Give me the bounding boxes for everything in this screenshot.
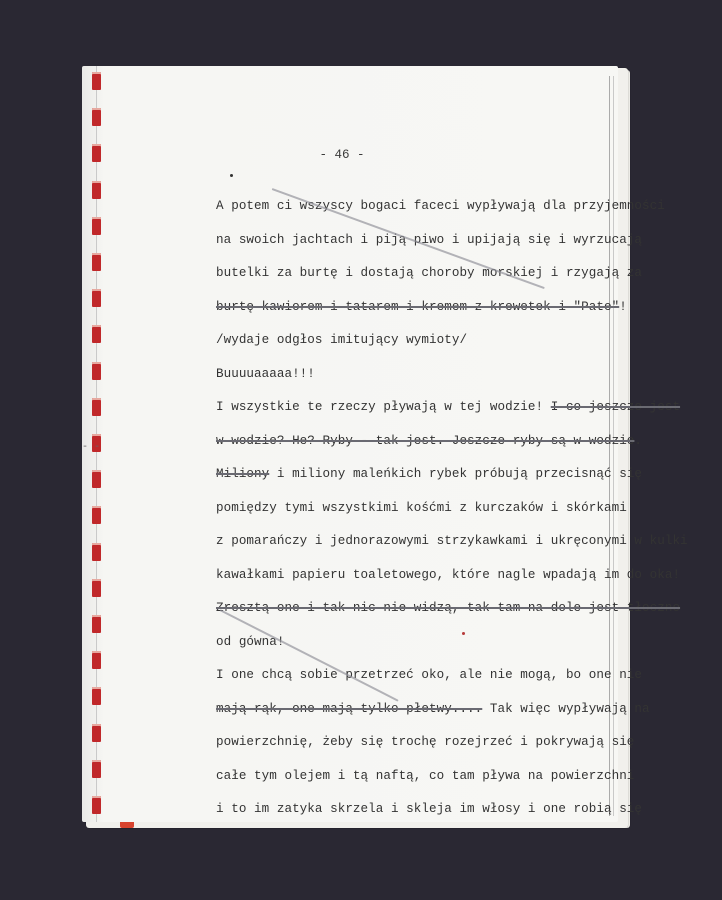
binding-coil <box>92 325 101 343</box>
text-line: i to im zatyka skrzela i skleja im włosy… <box>216 793 616 827</box>
text-segment: i miliony maleńkich rybek próbują przeci… <box>269 467 642 481</box>
text-segment: butelki za burtę i dostają choroby morsk… <box>216 266 642 280</box>
binding-coil <box>92 760 101 778</box>
binding-coil <box>92 543 101 561</box>
struck-text: burtę kawiorem i tatarem i kremem z krew… <box>216 300 619 314</box>
document-page: - 46 - A potem ci wszyscy bogaci faceci … <box>82 66 618 822</box>
struck-text: Miliony <box>216 467 269 481</box>
text-line: I one chcą sobie przetrzeć oko, ale nie … <box>216 659 616 693</box>
binding-coil <box>92 398 101 416</box>
text-line: pomiędzy tymi wszystkimi kośćmi z kurcza… <box>216 492 616 526</box>
text-segment: z pomarańczy i jednorazowymi strzykawkam… <box>216 534 688 548</box>
text-segment: kawałkami papieru toaletowego, które nag… <box>216 568 680 582</box>
text-line: A potem ci wszyscy bogaci faceci wypływa… <box>216 190 616 224</box>
text-segment: całe tym olejem i tą naftą, co tam pływa… <box>216 769 634 783</box>
text-segment: /wydaje odgłos imitujący wymioty/ <box>216 333 467 347</box>
script-text: A potem ci wszyscy bogaci faceci wypływa… <box>216 190 616 827</box>
binding-coil <box>92 181 101 199</box>
struck-text: Zresztą one i tak nic nie widzą, tak tam… <box>216 601 680 615</box>
binding-tab <box>120 822 134 828</box>
text-line: burtę kawiorem i tatarem i kremem z krew… <box>216 291 616 325</box>
text-segment: A potem ci wszyscy bogaci faceci wypływa… <box>216 199 665 213</box>
text-segment: Tak więc wypływają na <box>482 702 649 716</box>
text-line: od gówna! <box>216 626 616 660</box>
binding-coil <box>92 615 101 633</box>
binding-coil <box>92 362 101 380</box>
text-segment: i to im zatyka skrzela i skleja im włosy… <box>216 802 642 816</box>
text-line: Buuuuaaaaa!!! <box>216 358 616 392</box>
binding-coil <box>92 796 101 814</box>
text-line: I wszystkie te rzeczy pływają w tej wodz… <box>216 391 616 425</box>
page-number: - 46 - <box>74 148 610 162</box>
text-line: całe tym olejem i tą naftą, co tam pływa… <box>216 760 616 794</box>
document-stack: - 46 - A potem ci wszyscy bogaci faceci … <box>82 66 634 830</box>
text-line: mają rąk, one mają tylko płetwy.... Tak … <box>216 693 616 727</box>
text-line: z pomarańczy i jednorazowymi strzykawkam… <box>216 525 616 559</box>
struck-text: I co jeszcze jest <box>551 400 680 414</box>
text-segment: powierzchnię, żeby się trochę rozejrzeć … <box>216 735 634 749</box>
text-line: powierzchnię, żeby się trochę rozejrzeć … <box>216 726 616 760</box>
text-line: kawałkami papieru toaletowego, które nag… <box>216 559 616 593</box>
text-line: Zresztą one i tak nic nie widzą, tak tam… <box>216 592 616 626</box>
binding-coil <box>92 217 101 235</box>
text-segment: Buuuuaaaaa!!! <box>216 367 315 381</box>
red-speck <box>462 632 465 635</box>
text-line: w wodzie? He? Ryby - tak jest. Jeszcze r… <box>216 425 616 459</box>
struck-text: w wodzie? He? Ryby - tak jest. Jeszcze r… <box>216 434 634 448</box>
binding-coil <box>92 651 101 669</box>
text-line: /wydaje odgłos imitujący wymioty/ <box>216 324 616 358</box>
text-segment: ! <box>619 300 627 314</box>
text-line: butelki za burtę i dostają choroby morsk… <box>216 257 616 291</box>
text-segment: . <box>634 434 642 448</box>
binding-coil <box>92 108 101 126</box>
binding-coil <box>92 724 101 742</box>
text-segment: pomiędzy tymi wszystkimi kośćmi z kurcza… <box>216 501 627 515</box>
margin-mark: - - <box>82 442 100 453</box>
ink-speck <box>230 174 233 177</box>
text-segment: I one chcą sobie przetrzeć oko, ale nie … <box>216 668 642 682</box>
binding-coil <box>92 506 101 524</box>
binding-coil <box>92 72 101 90</box>
struck-text: mają rąk, one mają tylko płetwy.... <box>216 702 482 716</box>
text-line: Miliony i miliony maleńkich rybek próbuj… <box>216 458 616 492</box>
text-segment: I wszystkie te rzeczy pływają w tej wodz… <box>216 400 551 414</box>
binding-coil <box>92 253 101 271</box>
binding-coil <box>92 289 101 307</box>
binding-coil <box>92 687 101 705</box>
binding-coil <box>92 579 101 597</box>
binding-coil <box>92 470 101 488</box>
